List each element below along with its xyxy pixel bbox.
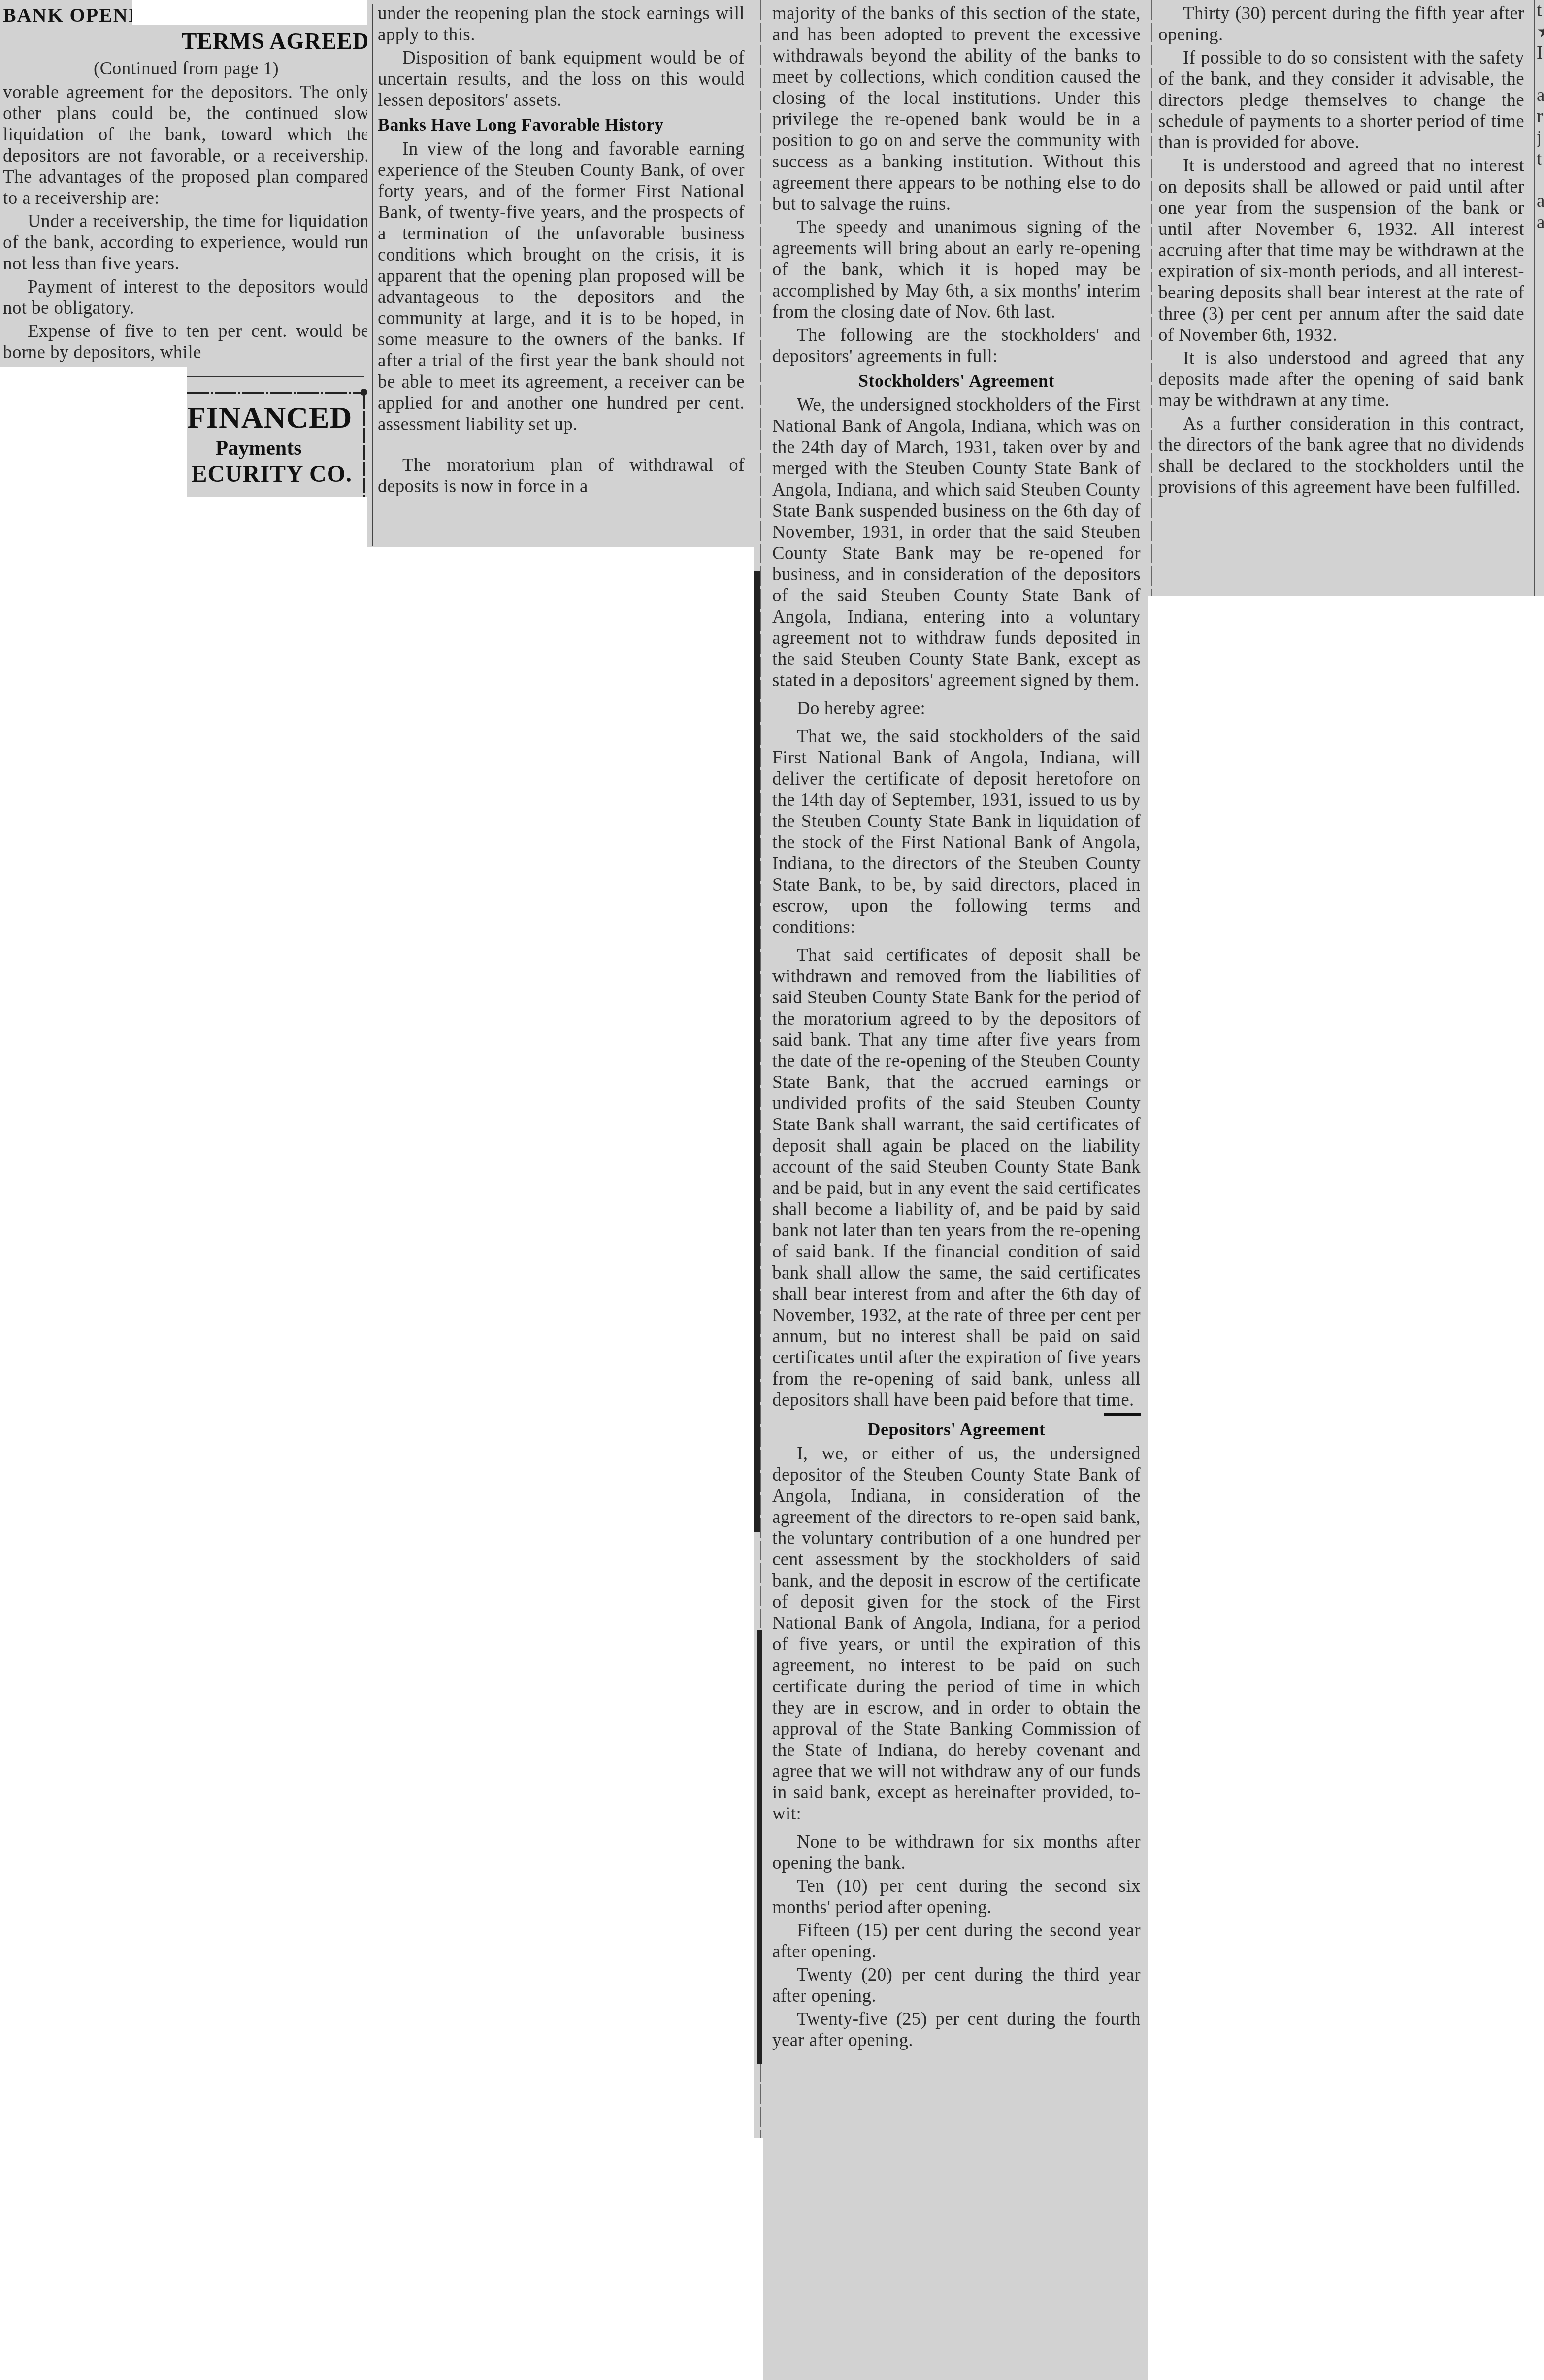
- paragraph: I, we, or either of us, the undersigned …: [772, 1443, 1141, 1824]
- continued-note: (Continued from page 1): [3, 57, 369, 81]
- paragraph: Payment of interest to the depositors wo…: [3, 276, 369, 319]
- paragraph: vorable agreement for the depositors. Th…: [3, 82, 369, 209]
- paragraph: Do hereby agree:: [772, 698, 1141, 719]
- paragraph: We, the undersigned stockholders of the …: [772, 395, 1141, 691]
- ad-border-top: [187, 392, 363, 394]
- column-4: Thirty (30) percent during the fifth yea…: [1148, 0, 1544, 596]
- paragraph: Under a receivership, the time for liqui…: [3, 211, 369, 274]
- paragraph: As a further consideration in this contr…: [1158, 413, 1524, 498]
- paragraph: The moratorium plan of withdrawal of dep…: [378, 455, 745, 497]
- paragraph: Thirty (30) percent during the fifth yea…: [1158, 3, 1524, 45]
- paragraph: In view of the long and favorable earnin…: [378, 138, 745, 435]
- article-headline: TERMS AGREED: [3, 28, 369, 55]
- column-1: BANK OPENING TERMS AGREED (Continued fro…: [0, 0, 374, 367]
- paragraph: Twenty (20) per cent during the third ye…: [772, 1964, 1141, 2007]
- clip-cutout: [132, 0, 374, 25]
- divider: [1104, 1413, 1141, 1416]
- paragraph: Twenty-five (25) per cent during the fou…: [772, 2009, 1141, 2051]
- paragraph: It is understood and agreed that no inte…: [1158, 155, 1524, 346]
- paragraph: If possible to do so consistent with the…: [1158, 47, 1524, 153]
- subheading-stockholders-agreement: Stockholders' Agreement: [772, 370, 1141, 392]
- paragraph: None to be withdrawn for six months afte…: [772, 1831, 1141, 1874]
- scan-edge-bar: [754, 571, 760, 1532]
- paragraph: The speedy and unanimous signing of the …: [772, 217, 1141, 323]
- subheading-history: Banks Have Long Favorable History: [378, 114, 745, 135]
- column-3: majority of the banks of this section of…: [754, 0, 1148, 2380]
- paragraph: Expense of five to ten per cent. would b…: [3, 321, 369, 363]
- advertisement-box: FINANCED Payments ECURITY CO.: [187, 367, 367, 497]
- clip-cutout: [754, 2138, 763, 2380]
- paragraph: Ten (10) per cent during the second six …: [772, 1876, 1141, 1918]
- column-rule: [1534, 0, 1535, 596]
- paragraph: under the reopening plan the stock earni…: [378, 3, 745, 45]
- scan-edge-bar: [757, 1630, 762, 2064]
- ad-border-right: [363, 395, 365, 497]
- paragraph: Fifteen (15) per cent during the second …: [772, 1920, 1141, 1962]
- divider: [187, 376, 364, 377]
- subheading-depositors-agreement: Depositors' Agreement: [772, 1419, 1141, 1440]
- paragraph: Disposition of bank equipment would be o…: [378, 47, 745, 111]
- ad-line-financed: FINANCED: [187, 401, 352, 434]
- paragraph: It is also understood and agreed that an…: [1158, 348, 1524, 411]
- column-rule: [1151, 0, 1152, 596]
- column-rule: [372, 4, 373, 546]
- adjacent-column-fragment: t ★ I a r j t a a: [1537, 0, 1544, 596]
- ad-line-payments: Payments: [187, 437, 330, 460]
- column-2: under the reopening plan the stock earni…: [367, 0, 754, 547]
- paragraph: That we, the said stockholders of the sa…: [772, 726, 1141, 938]
- ad-line-company: ECURITY CO.: [187, 462, 352, 487]
- paragraph: The following are the stockholders' and …: [772, 325, 1141, 367]
- paragraph: majority of the banks of this section of…: [772, 3, 1141, 215]
- paragraph: That said certificates of deposit shall …: [772, 945, 1141, 1411]
